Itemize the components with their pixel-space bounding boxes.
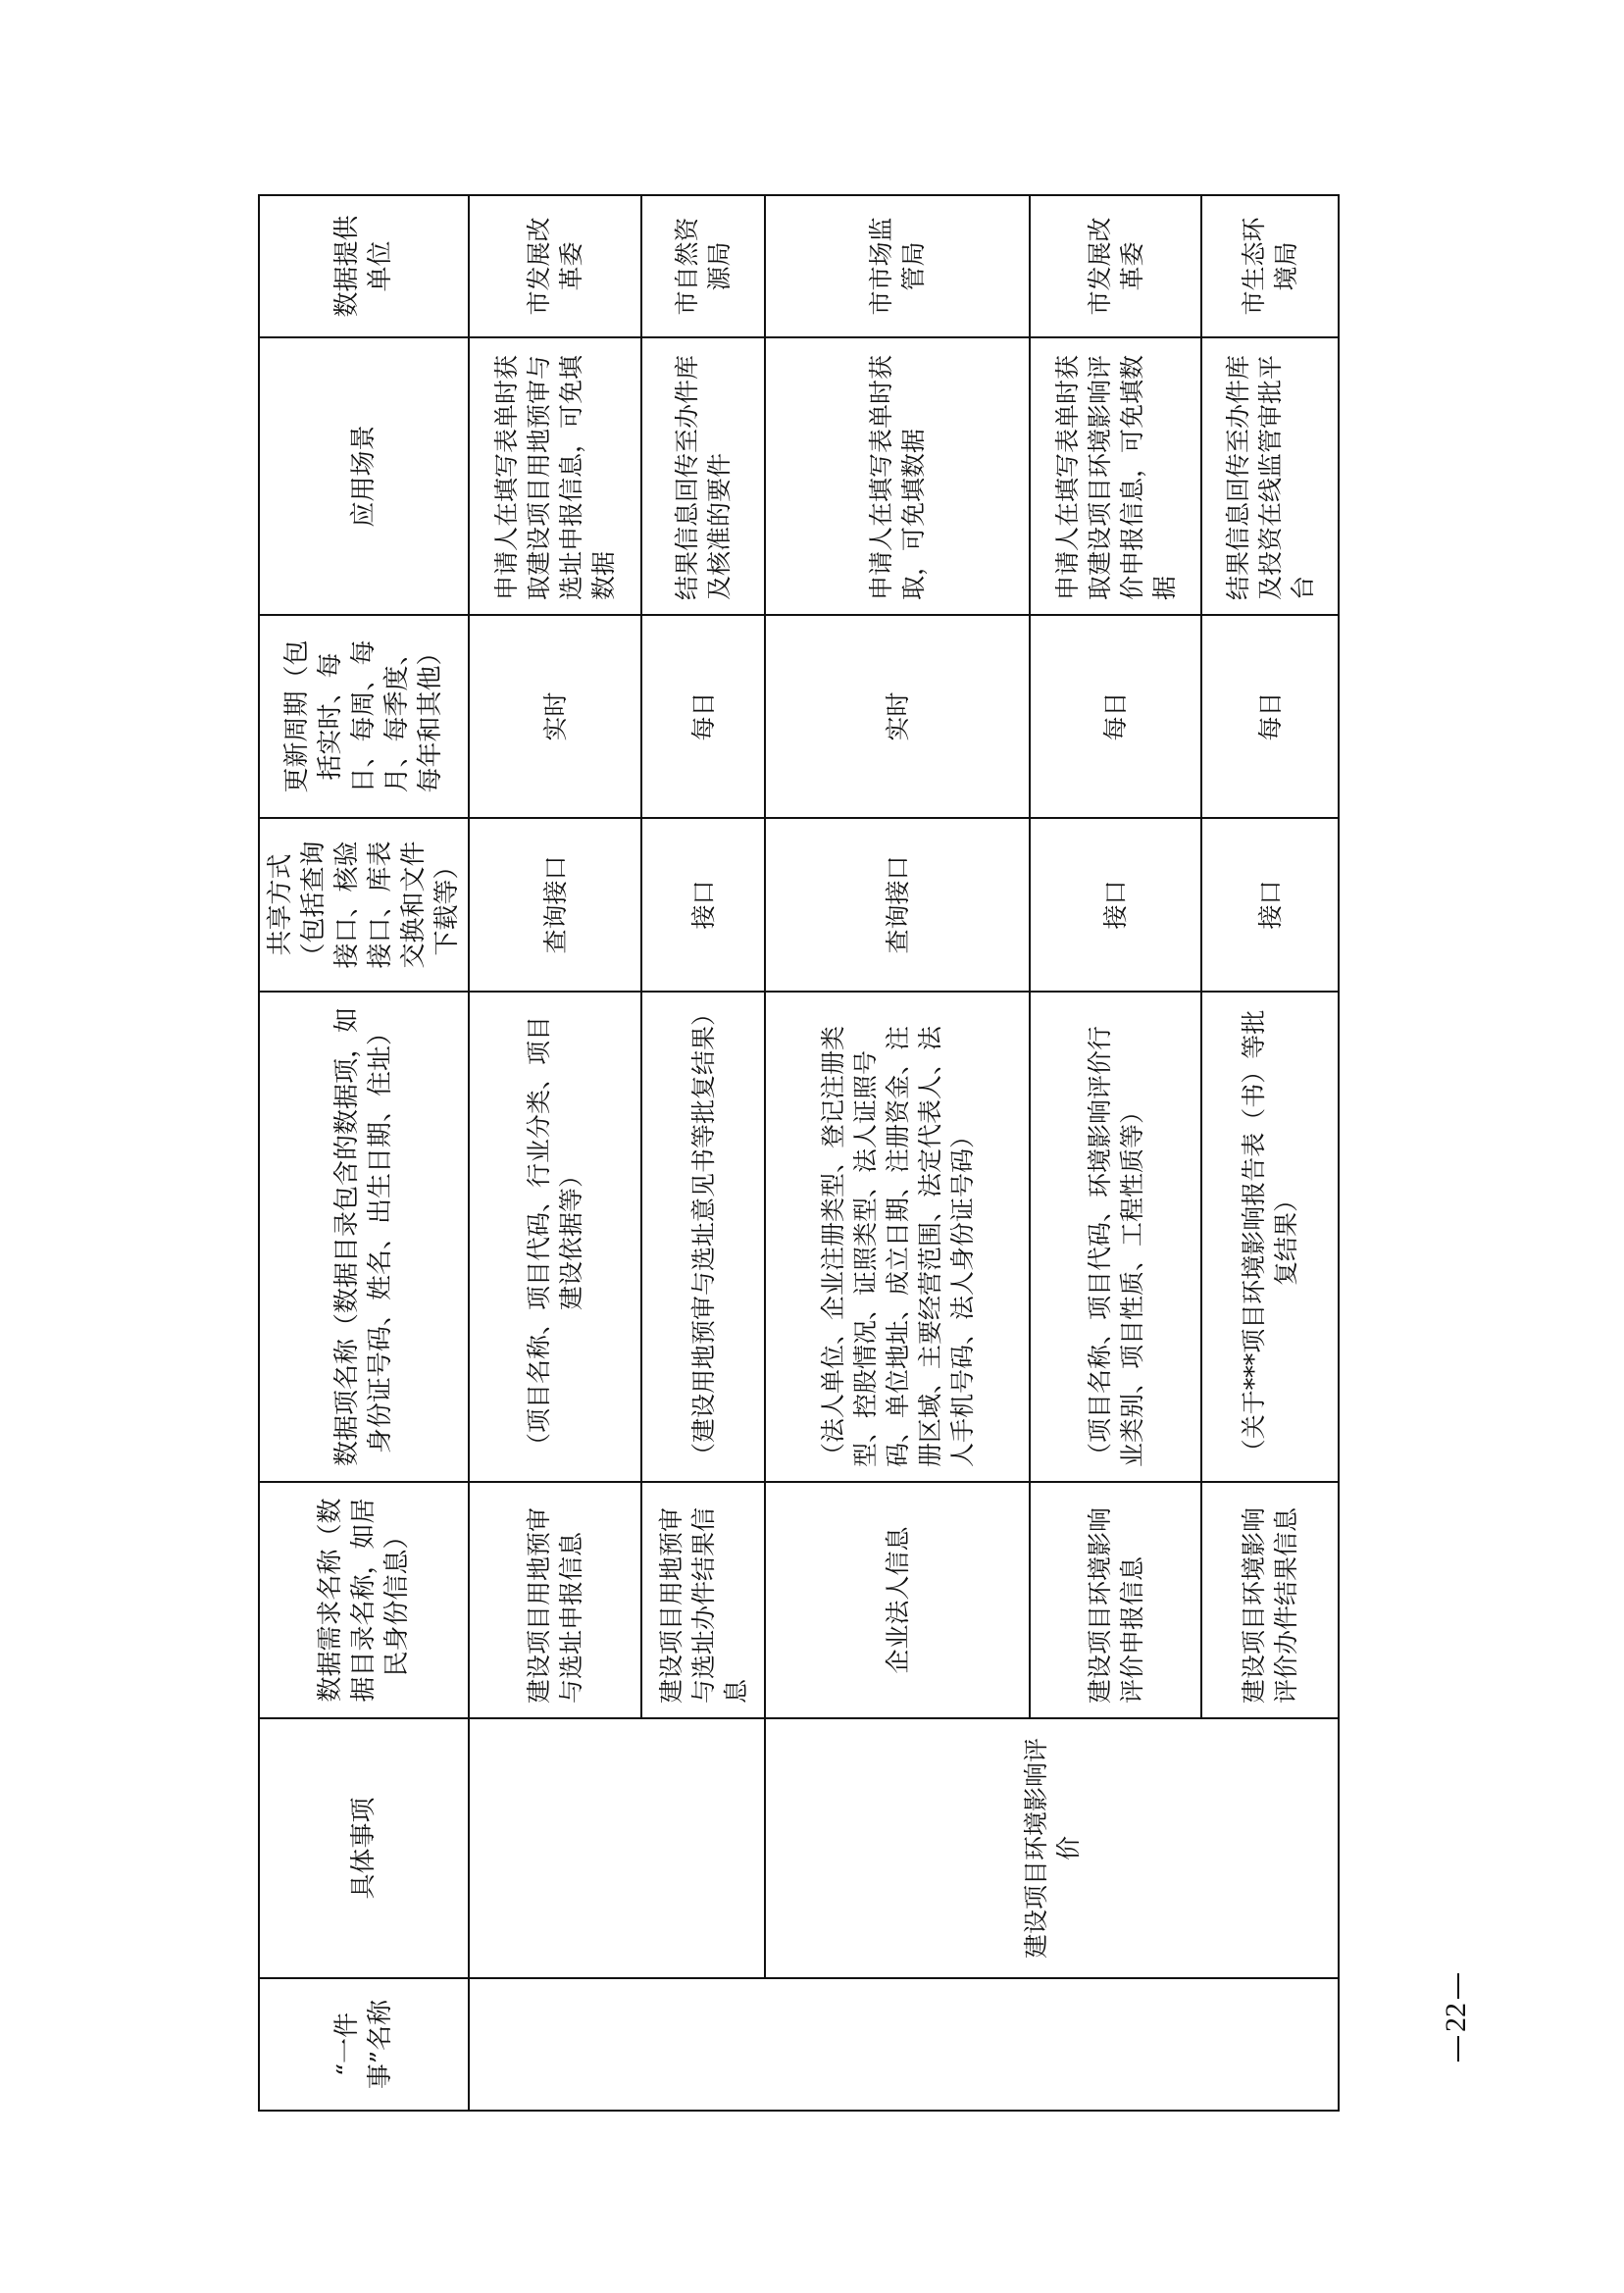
page-number-value: 22: [1440, 2003, 1472, 2032]
scenario-cell: 结果信息回传至办件库及投资在线监管审批平台: [1201, 337, 1339, 615]
scenario-cell: 申请人在填写表单时获取建设项目环境影响评价申报信息，可免填数据: [1030, 337, 1201, 615]
specific-item-cell: [469, 1718, 765, 1978]
header-scenario: 应用场景: [259, 337, 469, 615]
update-cycle-cell: 实时: [469, 615, 641, 818]
header-demand-name: 数据需求名称（数据目录名称，如居民身份信息）: [259, 1482, 469, 1718]
header-update-cycle: 更新周期（包括实时、每日、每周、每月、每季度、每年和其他）: [259, 615, 469, 818]
provider-cell: 市发展改革委: [1030, 195, 1201, 337]
demand-name-cell: 建设项目环境影响评价办件结果信息: [1201, 1482, 1339, 1718]
update-cycle-cell: 实时: [765, 615, 1030, 818]
header-share-method: 共享方式（包括查询接口、核验接口、库表交换和文件下载等）: [259, 818, 469, 992]
header-provider: 数据提供单位: [259, 195, 469, 337]
data-items-cell: （法人单位、企业注册类型、登记注册类型、控股情况、证照类型、法人证照号码、单位地…: [765, 992, 1030, 1482]
demand-name-cell: 建设项目环境影响评价申报信息: [1030, 1482, 1201, 1718]
page-number: 22: [1440, 1963, 1473, 2071]
data-sharing-table: “一件事”名称 具体事项 数据需求名称（数据目录名称，如居民身份信息） 数据项名…: [258, 194, 1340, 2112]
provider-cell: 市生态环境局: [1201, 195, 1339, 337]
data-items-cell: （项目名称、项目代码、行业分类、项目建设依据等）: [469, 992, 641, 1482]
demand-name-cell: 建设项目用地预审与选址申报信息: [469, 1482, 641, 1718]
scenario-cell: 申请人在填写表单时获取建设项目用地预审与选址申报信息，可免填数据: [469, 337, 641, 615]
table-row: 建设项目用地预审与选址申报信息 （项目名称、项目代码、行业分类、项目建设依据等）…: [469, 195, 641, 2111]
specific-item-cell: 建设项目环境影响评价: [765, 1718, 1339, 1978]
rotated-table-wrapper: “一件事”名称 具体事项 数据需求名称（数据目录名称，如居民身份信息） 数据项名…: [258, 194, 1340, 2112]
data-items-cell: （建设用地预审与选址意见书等批复结果）: [641, 992, 765, 1482]
header-data-items: 数据项名称（数据目录包含的数据项，如身份证号码、姓名、出生日期、住址）: [259, 992, 469, 1482]
share-method-cell: 接口: [1030, 818, 1201, 992]
page-number-dash-right: [1457, 1973, 1459, 1999]
provider-cell: 市发展改革委: [469, 195, 641, 337]
provider-cell: 市自然资源局: [641, 195, 765, 337]
update-cycle-cell: 每日: [641, 615, 765, 818]
share-method-cell: 接口: [641, 818, 765, 992]
data-items-cell: （关于***项目环境影响报告表（书）等批复结果）: [1201, 992, 1339, 1482]
share-method-cell: 查询接口: [469, 818, 641, 992]
event-name-cell: [469, 1978, 1339, 2111]
update-cycle-cell: 每日: [1030, 615, 1201, 818]
scenario-cell: 申请人在填写表单时获取，可免填数据: [765, 337, 1030, 615]
page-number-dash-left: [1457, 2036, 1459, 2062]
provider-cell: 市市场监管局: [765, 195, 1030, 337]
update-cycle-cell: 每日: [1201, 615, 1339, 818]
header-specific-item: 具体事项: [259, 1718, 469, 1978]
data-items-cell: （项目名称、项目代码、环境影响评价行业类别、项目性质、工程性质等）: [1030, 992, 1201, 1482]
scenario-cell: 结果信息回传至办件库及核准的要件: [641, 337, 765, 615]
header-event-name: “一件事”名称: [259, 1978, 469, 2111]
table-header-row: “一件事”名称 具体事项 数据需求名称（数据目录名称，如居民身份信息） 数据项名…: [259, 195, 469, 2111]
demand-name-cell: 建设项目用地预审与选址办件结果信息: [641, 1482, 765, 1718]
table-row: 建设项目环境影响评价 企业法人信息 （法人单位、企业注册类型、登记注册类型、控股…: [765, 195, 1030, 2111]
demand-name-cell: 企业法人信息: [765, 1482, 1030, 1718]
share-method-cell: 查询接口: [765, 818, 1030, 992]
share-method-cell: 接口: [1201, 818, 1339, 992]
